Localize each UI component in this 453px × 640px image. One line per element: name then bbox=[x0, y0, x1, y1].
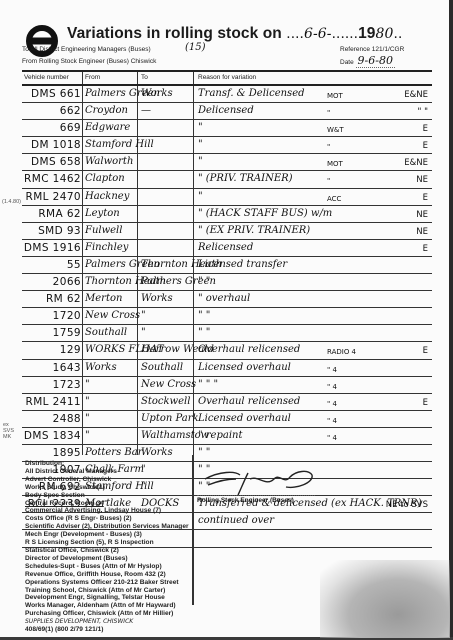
title-text: Variations in rolling stock on bbox=[67, 25, 282, 42]
reason-cell: Overhaul relicensed bbox=[198, 343, 300, 357]
table-row: 129WORKS FLOATHarrow WealdOverhaul relic… bbox=[22, 342, 432, 359]
distribution-item: All District General Managers bbox=[25, 468, 189, 476]
area-cell: NE to SVS bbox=[386, 498, 428, 512]
to-cell: — bbox=[141, 104, 151, 118]
table-row: RM 62MertonWorks" overhaul bbox=[22, 291, 432, 308]
distribution-item: Advert Controller, Chiswick bbox=[25, 476, 189, 484]
extra-cell: W&T bbox=[327, 123, 344, 137]
vehicle-number-cell: SMD 93 bbox=[38, 224, 81, 238]
from-cell: Clapton bbox=[85, 172, 125, 186]
table-row: 1759Southall"" " bbox=[22, 325, 432, 342]
table-row: 1723"New Cross" " "" 4 bbox=[22, 377, 432, 394]
reason-cell: " (HACK STAFF BUS) w/m bbox=[198, 207, 332, 221]
table-row: 1643WorksSouthallLicensed overhaul" 4 bbox=[22, 360, 432, 377]
area-cell: E&NE bbox=[404, 156, 428, 170]
area-cell: NE bbox=[416, 208, 428, 222]
extra-cell: " 4 bbox=[327, 363, 337, 377]
date-fill-dots-3: .. bbox=[394, 25, 403, 42]
distribution-item: Mech Engr (Development - Buses) (3) bbox=[25, 531, 189, 539]
vehicle-number-cell: 1759 bbox=[53, 326, 81, 340]
table-row: RMA 62Leyton" (HACK STAFF BUS) w/mNE bbox=[22, 206, 432, 223]
extra-cell: ACC bbox=[327, 192, 341, 206]
area-cell: NE bbox=[416, 225, 428, 239]
vehicle-number-cell: RMC 1462 bbox=[24, 172, 81, 186]
extra-cell: " 4 bbox=[327, 431, 337, 445]
table-row: RMC 1462Clapton" (PRIV. TRAINER)"NE bbox=[22, 171, 432, 188]
vehicle-number-cell: DMS 1834 bbox=[24, 429, 81, 443]
vehicle-number-cell: DM 1018 bbox=[31, 138, 81, 152]
from-line: From Rolling Stock Engineer (Buses) Chis… bbox=[22, 58, 156, 65]
vehicle-number-cell: DMS 661 bbox=[31, 87, 81, 101]
distribution-items: All District General ManagersAdvert Cont… bbox=[25, 468, 189, 618]
vehicle-number-cell: 1643 bbox=[53, 361, 81, 375]
distribution-item: Revenue Office, Griffith House, Room 432… bbox=[25, 571, 189, 579]
reason-cell: Relicensed bbox=[198, 241, 253, 255]
signature-label: Rolling Stock Engineer (Buses) bbox=[197, 495, 315, 504]
area-cell: E&NE bbox=[404, 88, 428, 102]
distribution-item: Purchasing Officer, Chiswick (Attn of Mr… bbox=[25, 610, 189, 618]
to-cell: Works bbox=[141, 292, 173, 306]
reason-cell: " (PRIV. TRAINER) bbox=[198, 172, 293, 186]
signature-scrawl-icon bbox=[200, 465, 320, 497]
vehicle-number-cell: 2488 bbox=[53, 412, 81, 426]
reason-cell: continued over bbox=[198, 514, 274, 528]
table-row: 1720New Cross"" " bbox=[22, 308, 432, 325]
from-cell: Leyton bbox=[85, 207, 120, 221]
distribution-item: R S Licensing Section (5), R S Inspectio… bbox=[25, 539, 189, 547]
distribution-item: Director of Development (Buses) bbox=[25, 555, 189, 563]
date-fill-dots: .... bbox=[286, 25, 304, 42]
area-cell: E bbox=[423, 122, 428, 136]
from-cell: Potters Bar bbox=[85, 446, 142, 460]
to-cell: " bbox=[141, 326, 146, 340]
table-row: RML 2411"StockwellOverhaul relicensed" 4… bbox=[22, 394, 432, 411]
to-cell: Stockwell bbox=[141, 395, 190, 409]
table-row: 2488"Upton ParkLicensed overhaul" 4 bbox=[22, 411, 432, 428]
table-header: Vehicle number From To Reason for variat… bbox=[22, 70, 432, 86]
from-cell: " bbox=[85, 395, 90, 409]
extra-cell: " 4 bbox=[327, 380, 337, 394]
reason-cell: Transf. & Delicensed bbox=[198, 87, 305, 101]
vehicle-number-cell: 1723 bbox=[53, 378, 81, 392]
vehicle-number-cell: 1895 bbox=[53, 446, 81, 460]
to-cell: Upton Park bbox=[141, 412, 199, 426]
distribution-list: Distribution: All District General Manag… bbox=[25, 460, 189, 634]
reason-cell: Licensed transfer bbox=[198, 258, 287, 272]
date-value: 9-6-80 bbox=[356, 54, 395, 68]
reason-cell: " (EX PRIV. TRAINER) bbox=[198, 224, 310, 238]
extra-cell: MOT bbox=[327, 89, 343, 103]
reason-cell: Delicensed bbox=[198, 104, 254, 118]
vehicle-number-cell: RML 2411 bbox=[26, 395, 81, 409]
table-row: DMS 1916FinchleyRelicensedE bbox=[22, 240, 432, 257]
distribution-item: Works Manager, Aldenham (Attn of Mr Hayw… bbox=[25, 602, 189, 610]
vehicle-number-cell: 1720 bbox=[53, 309, 81, 323]
area-cell: " " bbox=[417, 105, 428, 119]
table-row: SMD 93Fulwell" (EX PRIV. TRAINER)NE bbox=[22, 223, 432, 240]
vehicle-number-cell: DMS 658 bbox=[31, 155, 81, 169]
table-row: 55Palmers GreenThornton HeathLicensed tr… bbox=[22, 257, 432, 274]
reason-cell: " bbox=[198, 190, 203, 204]
table-row: RML 2470Hackney"ACCE bbox=[22, 189, 432, 206]
area-cell: E bbox=[423, 242, 428, 256]
date-field: Date 9-6-80 bbox=[340, 54, 395, 67]
vehicle-number-cell: RMA 62 bbox=[38, 207, 81, 221]
to-cell: Southall bbox=[141, 361, 183, 375]
distribution-item: Development Engr, Signalling, Telstar Ho… bbox=[25, 594, 189, 602]
title-year-suffix: 80 bbox=[376, 26, 394, 42]
vehicle-number-cell: 2066 bbox=[53, 275, 81, 289]
area-cell: E bbox=[423, 344, 428, 358]
area-cell: NE bbox=[416, 173, 428, 187]
reason-cell: " " bbox=[198, 326, 210, 340]
to-line: To All District Engineering Managers (Bu… bbox=[22, 46, 151, 53]
table-row: 2066Thornton HeathPalmers Green" " bbox=[22, 274, 432, 291]
distribution-item: Works Study, Chiswick(1) bbox=[25, 484, 189, 492]
distribution-handwritten-addition: SUPPLIES DEVELOPMENT, CHISWICK bbox=[25, 618, 189, 626]
vehicle-number-cell: 55 bbox=[67, 258, 81, 272]
area-cell: E bbox=[423, 396, 428, 410]
reason-cell: " " " bbox=[198, 378, 218, 392]
extra-cell: " bbox=[327, 174, 330, 188]
extra-cell: " 4 bbox=[327, 414, 337, 428]
vehicle-number-cell: RM 62 bbox=[46, 292, 81, 306]
table-row: 669Edgware"W&TE bbox=[22, 120, 432, 137]
vehicle-number-cell: DMS 1916 bbox=[24, 241, 81, 255]
reason-cell: " repaint bbox=[198, 429, 243, 443]
area-cell: E bbox=[423, 191, 428, 205]
reason-cell: " bbox=[198, 155, 203, 169]
to-cell: " bbox=[141, 309, 146, 323]
table-row: 662Croydon—Delicensed"" " bbox=[22, 103, 432, 120]
from-cell: " bbox=[85, 412, 90, 426]
reason-cell: Overhaul relicensed bbox=[198, 395, 300, 409]
vehicle-number-cell: 662 bbox=[60, 104, 81, 118]
document-title: Variations in rolling stock on ....6-6-.… bbox=[67, 25, 402, 43]
title-year-prefix: 19 bbox=[358, 25, 375, 42]
reason-cell: Licensed overhaul bbox=[198, 361, 291, 375]
extra-cell: RADIO 4 bbox=[327, 345, 356, 359]
to-cell: Works bbox=[141, 446, 173, 460]
date-label: Date bbox=[340, 59, 354, 66]
extra-cell: " 4 bbox=[327, 397, 337, 411]
distribution-item: Scientific Adviser (2), Distribution Ser… bbox=[25, 523, 189, 531]
header-to: To bbox=[141, 74, 148, 81]
to-cell: New Cross bbox=[141, 378, 196, 392]
vehicle-number-cell: RML 2470 bbox=[26, 190, 81, 204]
distribution-heading: Distribution: bbox=[25, 460, 189, 468]
from-cell: " bbox=[85, 378, 90, 392]
distribution-item: Commercial Advertising, Lindsay House (7… bbox=[25, 507, 189, 515]
vehicle-number-cell: 129 bbox=[60, 343, 81, 357]
form-code: 408/69(1) (800 2/79 121/1) bbox=[25, 626, 189, 634]
distribution-item: Operations Systems Officer 210-212 Baker… bbox=[25, 579, 189, 587]
page-note: (15) bbox=[185, 42, 206, 53]
reference: Reference 121/1/CGR bbox=[340, 46, 404, 53]
vehicle-number-cell: 669 bbox=[60, 121, 81, 135]
extra-cell: MOT bbox=[327, 157, 343, 171]
reason-cell: " " bbox=[198, 446, 210, 460]
margin-note-rcl: ex SVS MK bbox=[3, 422, 19, 440]
from-cell: Hackney bbox=[85, 190, 129, 204]
distribution-item: Costs Office (R S Engr- Buses) (2) bbox=[25, 515, 189, 523]
title-date: 6-6- bbox=[304, 26, 332, 42]
from-cell: Stamford Hill bbox=[85, 138, 154, 152]
reason-cell: " overhaul bbox=[198, 292, 250, 306]
distribution-item: Statistical Office, Chiswick (2) bbox=[25, 547, 189, 555]
page-edge bbox=[449, 0, 453, 640]
date-fill-dots-2: ...... bbox=[332, 25, 358, 42]
header-reason: Reason for variation bbox=[198, 74, 256, 81]
distribution-item: Central Record, Room 34 bbox=[25, 500, 189, 508]
from-cell: Walworth bbox=[85, 155, 133, 169]
to-cell: Works bbox=[141, 87, 173, 101]
table-row: DM 1018Stamford Hill""E bbox=[22, 137, 432, 154]
reason-cell: " bbox=[198, 138, 203, 152]
from-cell: Merton bbox=[85, 292, 122, 306]
extra-cell: " bbox=[327, 140, 330, 154]
table-row: DMS 1834"Walthamstow" repaint" 4 bbox=[22, 428, 432, 445]
reason-cell: " bbox=[198, 121, 203, 135]
from-cell: Finchley bbox=[85, 241, 128, 255]
distribution-item: Body Spec Section bbox=[25, 492, 189, 500]
header-from: From bbox=[85, 74, 100, 81]
scan-smudge bbox=[320, 560, 450, 638]
distribution-item: Schedules-Supt - Buses (Attn of Mr Hyslo… bbox=[25, 563, 189, 571]
from-cell: Edgware bbox=[85, 121, 130, 135]
header-vehicle-number: Vehicle number bbox=[24, 74, 69, 81]
from-cell: Southall bbox=[85, 326, 127, 340]
reason-cell: Licensed overhaul bbox=[198, 412, 291, 426]
from-cell: Works bbox=[85, 361, 117, 375]
signature-divider bbox=[192, 455, 193, 605]
reason-cell: " " bbox=[198, 275, 210, 289]
table-row: DMS 658Walworth"MOTE&NE bbox=[22, 154, 432, 171]
table-row: DMS 661Palmers GreenWorksTransf. & Delic… bbox=[22, 86, 432, 103]
from-cell: Fulwell bbox=[85, 224, 122, 238]
area-cell: E bbox=[423, 139, 428, 153]
extra-cell: " bbox=[327, 106, 330, 120]
margin-note-smd: (1.4.80) bbox=[2, 199, 21, 205]
from-cell: Croydon bbox=[85, 104, 128, 118]
from-cell: " bbox=[85, 429, 90, 443]
reason-cell: " " bbox=[198, 309, 210, 323]
from-cell: New Cross bbox=[85, 309, 140, 323]
distribution-item: Training School, Chiswick (Attn of Mr Ca… bbox=[25, 587, 189, 595]
